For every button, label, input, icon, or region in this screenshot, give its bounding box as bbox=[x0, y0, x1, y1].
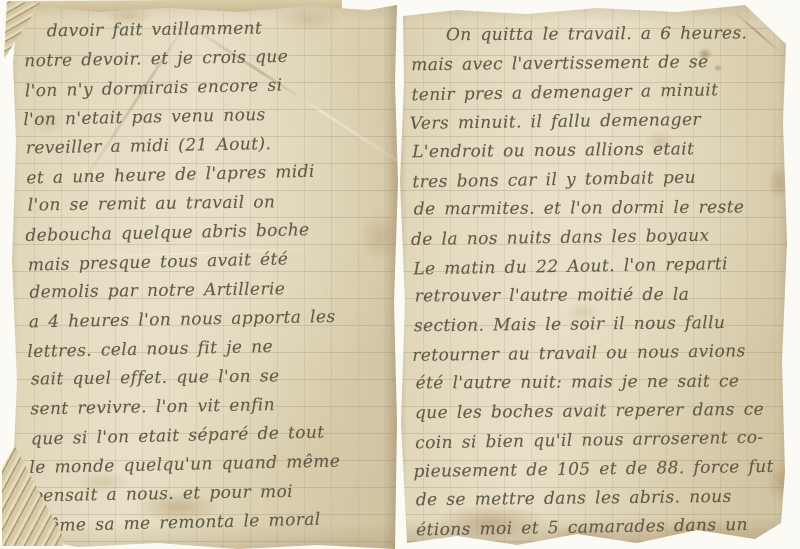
left-page: davoir fait vaillammentnotre devoir. et … bbox=[8, 2, 398, 549]
manuscript-line: étions moi et 5 camarades dans un bbox=[416, 510, 788, 545]
scanned-letter: davoir fait vaillammentnotre devoir. et … bbox=[0, 0, 800, 549]
manuscript-line: Le matin du 22 Aout. l'on reparti bbox=[413, 249, 785, 284]
manuscript-line: tres bons car il y tombait peu bbox=[412, 162, 784, 197]
manuscript-line: Vers minuit. il fallu demenager bbox=[410, 105, 782, 139]
manuscript-line: retrouver l'autre moitié de la bbox=[415, 280, 787, 311]
manuscript-line: On quitta le travail. a 6 heures. bbox=[412, 19, 784, 50]
manuscript-line: section. Mais le soir il nous fallu bbox=[414, 308, 786, 341]
left-page-text: davoir fait vaillammentnotre devoir. et … bbox=[7, 0, 406, 541]
right-page: On quitta le travail. a 6 heures.mais av… bbox=[397, 2, 789, 547]
manuscript-line: de marmites. et l'on dormi le reste bbox=[414, 193, 786, 224]
right-page-text: On quitta le travail. a 6 heures.mais av… bbox=[397, 0, 795, 544]
manuscript-line: retourner au travail ou nous avions bbox=[412, 337, 784, 371]
manuscript-line: été l'autre nuit: mais je ne sait ce bbox=[415, 367, 787, 398]
manuscript-line: pieusement de 105 et de 88. force fut bbox=[413, 453, 785, 487]
